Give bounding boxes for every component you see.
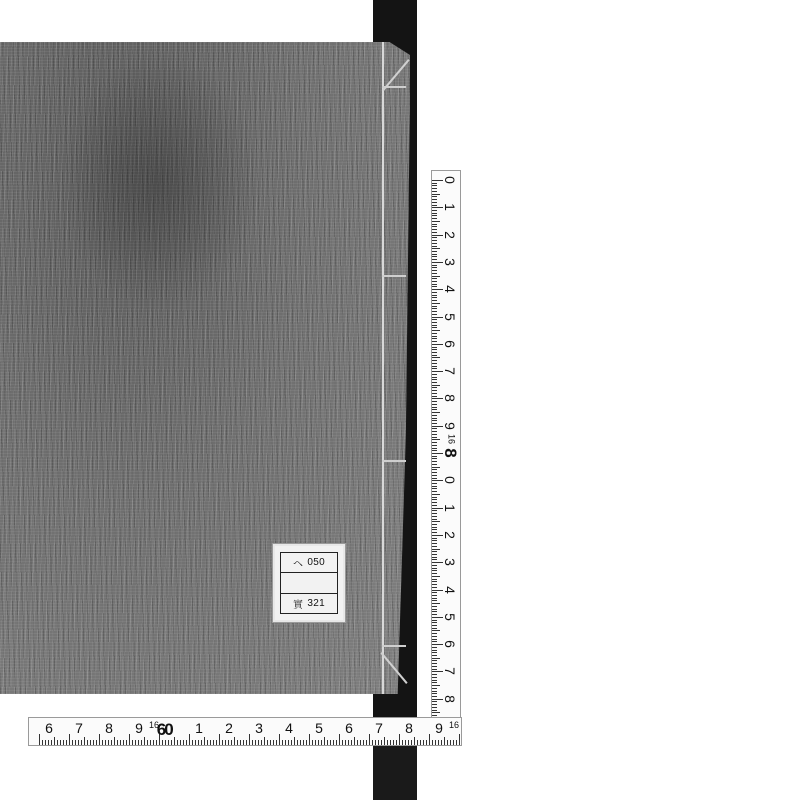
ruler-tick <box>252 740 253 745</box>
ruler-tick <box>432 540 437 541</box>
ruler-tick <box>105 740 106 745</box>
ruler-tick <box>177 740 178 745</box>
ruler-tick <box>234 737 235 745</box>
ruler-tick <box>432 188 437 189</box>
ruler-tick <box>114 737 115 745</box>
ruler-tick <box>432 232 437 233</box>
ruler-tick <box>183 740 184 745</box>
ruler-label: 3 <box>255 721 263 735</box>
ruler-label: 3 <box>443 558 457 566</box>
ruler-tick <box>381 740 382 745</box>
ruler-tick <box>324 737 325 745</box>
ruler-tick <box>432 284 437 285</box>
ruler-tick <box>390 740 391 745</box>
ruler-tick <box>432 532 437 533</box>
ruler-tick <box>432 281 437 282</box>
ruler-tick <box>285 740 286 745</box>
ruler-tick <box>303 740 304 745</box>
ruler-tick <box>180 740 181 745</box>
ruler-tick <box>75 740 76 745</box>
ruler-tick <box>54 737 55 745</box>
label-row-accession: 實 321 <box>281 594 337 613</box>
ruler-tick <box>432 448 437 449</box>
ruler-tick <box>432 633 437 634</box>
ruler-tick <box>432 674 437 675</box>
ruler-tick <box>315 740 316 745</box>
ruler-tick <box>432 221 440 222</box>
ruler-tick <box>261 740 262 745</box>
binding-stitch <box>382 460 406 462</box>
ruler-tick <box>99 734 100 745</box>
ruler-tick <box>432 469 437 470</box>
ruler-tick <box>150 740 151 745</box>
ruler-tick <box>432 467 440 468</box>
ruler-label: 7 <box>443 367 457 375</box>
ruler-tick <box>432 325 437 326</box>
ruler-tick <box>282 740 283 745</box>
ruler-tick <box>432 568 437 569</box>
ruler-tick <box>222 740 223 745</box>
ruler-tick <box>306 740 307 745</box>
ruler-tick <box>330 740 331 745</box>
ruler-tick <box>432 660 437 661</box>
ruler-tick <box>93 740 94 745</box>
ruler-tick <box>273 740 274 745</box>
ruler-tick <box>432 322 437 323</box>
ruler-tick <box>432 620 437 621</box>
ruler-tick <box>432 519 437 520</box>
ruler-tick <box>432 595 437 596</box>
ruler-tick <box>174 737 175 745</box>
ruler-tick <box>60 740 61 745</box>
ruler-tick <box>333 740 334 745</box>
ruler-tick <box>300 740 301 745</box>
ruler-tick <box>120 740 121 745</box>
ruler-tick <box>432 516 437 517</box>
ruler-tick <box>69 734 70 745</box>
ruler-tick <box>138 740 139 745</box>
ruler-tick <box>378 740 379 745</box>
ruler-tick <box>240 740 241 745</box>
ruler-tick <box>411 740 412 745</box>
ruler-tick <box>432 538 437 539</box>
ruler-tick <box>432 630 440 631</box>
ruler-tick <box>387 740 388 745</box>
ruler-tick <box>432 636 437 637</box>
ruler-tick <box>432 682 437 683</box>
ruler-tick <box>345 740 346 745</box>
ruler-tick <box>153 740 154 745</box>
ruler-tick <box>432 486 437 487</box>
ruler-tick <box>186 740 187 745</box>
ruler-tick <box>432 240 437 241</box>
ruler-tick <box>432 202 437 203</box>
ruler-tick <box>132 740 133 745</box>
ruler-tick <box>432 415 437 416</box>
ruler-label: 7 <box>443 667 457 675</box>
ruler-tick <box>216 740 217 745</box>
ruler-tick <box>432 677 437 678</box>
ruler-tick <box>363 740 364 745</box>
binding-stitch <box>382 275 406 277</box>
ruler-tick <box>438 740 439 745</box>
ruler-tick <box>48 740 49 745</box>
ruler-label: 3 <box>443 258 457 266</box>
ruler-tick <box>51 740 52 745</box>
ruler-tick <box>189 734 190 745</box>
ruler-tick <box>432 213 437 214</box>
ruler-tick <box>90 740 91 745</box>
ruler-tick <box>432 366 437 367</box>
ruler-tick <box>396 740 397 745</box>
ruler-tick <box>225 740 226 745</box>
ruler-tick <box>432 418 437 419</box>
ruler-tick <box>111 740 112 745</box>
ruler-tick <box>432 246 437 247</box>
ruler-label: 8 <box>105 721 113 735</box>
ruler-tick <box>42 740 43 745</box>
ruler-label: 16 <box>449 721 459 730</box>
ruler-tick <box>432 584 437 585</box>
ruler-tick <box>432 420 437 421</box>
ruler-tick <box>369 734 370 745</box>
ruler-tick <box>432 360 437 361</box>
ruler-tick <box>432 712 440 713</box>
ruler-tick <box>405 740 406 745</box>
ruler-tick <box>45 740 46 745</box>
ruler-tick <box>432 600 437 601</box>
ruler-tick <box>123 740 124 745</box>
horizontal-measuring-ruler: 67891660123456789167 <box>28 717 462 746</box>
ruler-tick <box>432 254 437 255</box>
ruler-tick <box>204 737 205 745</box>
ruler-label: 1 <box>443 504 457 512</box>
ruler-tick <box>447 740 448 745</box>
ruler-tick <box>399 734 400 745</box>
ruler-tick <box>168 740 169 745</box>
ruler-tick <box>264 737 265 745</box>
ruler-tick <box>129 734 130 745</box>
binding-stitch <box>382 645 406 647</box>
ruler-tick <box>432 226 437 227</box>
binding-line <box>382 42 384 694</box>
ruler-tick <box>351 740 352 745</box>
ruler-label: 1 <box>195 721 203 735</box>
ruler-tick <box>432 650 437 651</box>
ruler-tick <box>231 740 232 745</box>
ruler-tick <box>201 740 202 745</box>
ruler-tick <box>432 303 440 304</box>
ruler-tick <box>432 570 437 571</box>
ruler-label: 8 <box>442 448 459 457</box>
ruler-tick <box>72 740 73 745</box>
ruler-label: 1 <box>443 203 457 211</box>
ruler-tick <box>432 639 437 640</box>
black-backing-strip-lower <box>373 745 417 800</box>
ruler-tick <box>432 199 437 200</box>
ruler-tick <box>432 267 437 268</box>
ruler-tick <box>432 355 437 356</box>
ruler-tick <box>432 297 437 298</box>
ruler-tick <box>432 243 437 244</box>
ruler-label: 2 <box>225 721 233 735</box>
ruler-tick <box>108 740 109 745</box>
ruler-tick <box>453 740 454 745</box>
ruler-tick <box>432 401 437 402</box>
ruler-tick <box>126 740 127 745</box>
ruler-tick <box>432 527 437 528</box>
ruler-tick <box>432 663 437 664</box>
ruler-tick <box>432 194 440 195</box>
ruler-tick <box>81 740 82 745</box>
ruler-label: 6 <box>345 721 353 735</box>
ruler-tick <box>432 368 437 369</box>
ruler-tick <box>432 442 437 443</box>
ruler-tick <box>432 251 437 252</box>
ruler-tick <box>414 737 415 745</box>
ruler-label: 2 <box>443 531 457 539</box>
ruler-tick <box>432 483 437 484</box>
ruler-tick <box>432 407 437 408</box>
ruler-tick <box>432 183 437 184</box>
ruler-tick <box>342 740 343 745</box>
ruler-tick <box>87 740 88 745</box>
ruler-tick <box>288 740 289 745</box>
ruler-tick <box>432 270 437 271</box>
ruler-tick <box>384 737 385 745</box>
ruler-tick <box>237 740 238 745</box>
ruler-tick <box>432 210 437 211</box>
ruler-tick <box>435 740 436 745</box>
ruler-tick <box>258 740 259 745</box>
ruler-tick <box>141 740 142 745</box>
ruler-tick <box>432 581 437 582</box>
ruler-tick <box>354 737 355 745</box>
ruler-tick <box>432 565 437 566</box>
ruler-tick <box>432 276 440 277</box>
ruler-tick <box>432 191 437 192</box>
ruler-tick <box>432 259 437 260</box>
ruler-tick <box>432 606 437 607</box>
ruler-tick <box>432 494 440 495</box>
ruler-label: 9 <box>443 422 457 430</box>
ruler-tick <box>432 740 433 745</box>
ruler-tick <box>432 710 437 711</box>
ruler-tick <box>78 740 79 745</box>
ruler-tick <box>456 740 457 745</box>
ruler-tick <box>432 693 437 694</box>
label-class-number: 050 <box>307 557 325 568</box>
ruler-tick <box>432 218 437 219</box>
ruler-tick <box>432 701 437 702</box>
ruler-tick <box>432 390 437 391</box>
ruler-tick <box>96 740 97 745</box>
ruler-tick <box>432 696 437 697</box>
ruler-label: 0 <box>443 176 457 184</box>
ruler-tick <box>432 554 437 555</box>
ruler-tick <box>432 439 440 440</box>
ruler-label: 5 <box>315 721 323 735</box>
ruler-tick <box>432 409 437 410</box>
ruler-tick <box>432 229 437 230</box>
ruler-label: 7 <box>375 721 383 735</box>
ruler-tick <box>432 715 437 716</box>
ruler-tick <box>357 740 358 745</box>
ruler-tick <box>432 497 437 498</box>
ruler-tick <box>432 652 437 653</box>
ruler-tick <box>432 445 437 446</box>
ruler-tick <box>297 740 298 745</box>
ruler-tick <box>312 740 313 745</box>
ruler-tick <box>432 691 437 692</box>
ruler-tick <box>246 740 247 745</box>
label-frame: ヘ 050 實 321 <box>280 552 338 614</box>
ruler-tick <box>243 740 244 745</box>
ruler-tick <box>426 740 427 745</box>
ruler-tick <box>432 551 437 552</box>
ruler-tick <box>228 740 229 745</box>
ruler-tick <box>156 740 157 745</box>
ruler-tick <box>360 740 361 745</box>
ruler-tick <box>432 491 437 492</box>
ruler-tick <box>432 431 437 432</box>
ruler-tick <box>432 265 437 266</box>
ruler-label: 4 <box>285 721 293 735</box>
ruler-tick <box>432 357 440 358</box>
ruler-tick <box>408 740 409 745</box>
ruler-tick <box>432 546 437 547</box>
ruler-tick <box>318 740 319 745</box>
ruler-tick <box>432 499 437 500</box>
ruler-tick <box>432 655 437 656</box>
ruler-tick <box>432 237 437 238</box>
ruler-tick <box>429 734 430 745</box>
ruler-tick <box>441 740 442 745</box>
ruler-tick <box>432 464 437 465</box>
ruler-label: 8 <box>443 695 457 703</box>
ruler-tick <box>432 319 437 320</box>
ruler-label: 9 <box>135 721 143 735</box>
ruler-tick <box>348 740 349 745</box>
ruler-tick <box>432 707 437 708</box>
ruler-tick <box>432 510 437 511</box>
ruler-tick <box>432 576 440 577</box>
ruler-tick <box>276 740 277 745</box>
ruler-tick <box>432 458 437 459</box>
ruler-tick <box>432 557 437 558</box>
ruler-tick <box>366 740 367 745</box>
ruler-tick <box>219 734 220 745</box>
ruler-tick <box>432 292 437 293</box>
ruler-tick <box>432 647 437 648</box>
ruler-tick <box>432 472 437 473</box>
ruler-tick <box>432 286 437 287</box>
ruler-label: 4 <box>443 285 457 293</box>
ruler-tick <box>432 336 437 337</box>
ruler-tick <box>321 740 322 745</box>
ruler-tick <box>432 622 437 623</box>
ruler-tick <box>57 740 58 745</box>
ruler-tick <box>291 740 292 745</box>
ruler-tick <box>147 740 148 745</box>
ruler-tick <box>432 688 437 689</box>
ruler-tick <box>210 740 211 745</box>
ruler-label: 0 <box>164 721 173 738</box>
ruler-tick <box>213 740 214 745</box>
ruler-tick <box>432 377 437 378</box>
ruler-tick <box>66 740 67 745</box>
ruler-tick <box>198 740 199 745</box>
ruler-tick <box>432 614 437 615</box>
ruler-tick <box>420 740 421 745</box>
ruler-tick <box>432 434 437 435</box>
ruler-tick <box>417 740 418 745</box>
ruler-tick <box>336 740 337 745</box>
ruler-tick <box>432 549 440 550</box>
ruler-tick <box>432 603 440 604</box>
ruler-tick <box>432 185 437 186</box>
ruler-tick <box>423 740 424 745</box>
ruler-tick <box>294 737 295 745</box>
ruler-tick <box>432 308 437 309</box>
ruler-tick <box>249 734 250 745</box>
ruler-tick <box>255 740 256 745</box>
ruler-tick <box>192 740 193 745</box>
ruler-tick <box>432 628 437 629</box>
ruler-tick <box>432 382 437 383</box>
ruler-label: 6 <box>45 721 53 735</box>
ruler-tick <box>372 740 373 745</box>
ruler-tick <box>432 478 437 479</box>
ruler-tick <box>432 385 440 386</box>
ruler-tick <box>432 488 437 489</box>
ruler-tick <box>279 734 280 745</box>
ruler-tick <box>432 450 437 451</box>
ruler-tick <box>432 475 437 476</box>
scanned-page: ヘ 050 實 321 01234567891680123456789 6789… <box>0 0 800 800</box>
ruler-tick <box>432 314 437 315</box>
ruler-tick <box>432 295 437 296</box>
label-row-classification: ヘ 050 <box>281 553 337 573</box>
ruler-tick <box>393 740 394 745</box>
ruler-tick <box>432 333 437 334</box>
ruler-tick <box>339 734 340 745</box>
ruler-tick <box>459 734 460 745</box>
ruler-label: 2 <box>443 231 457 239</box>
ruler-tick <box>432 215 437 216</box>
ruler-tick <box>432 306 437 307</box>
ruler-tick <box>432 412 440 413</box>
library-call-number-label: ヘ 050 實 321 <box>273 544 345 622</box>
ruler-tick <box>432 205 437 206</box>
ruler-tick <box>432 704 437 705</box>
ruler-tick <box>450 740 451 745</box>
ruler-label: 5 <box>443 613 457 621</box>
ruler-tick <box>432 248 440 249</box>
ruler-tick <box>432 379 437 380</box>
ruler-tick <box>171 740 172 745</box>
ruler-tick <box>432 685 440 686</box>
ruler-tick <box>432 461 437 462</box>
ruler-tick <box>432 502 437 503</box>
ruler-tick <box>102 740 103 745</box>
ruler-tick <box>432 327 437 328</box>
label-accession-number: 321 <box>307 598 325 609</box>
ruler-tick <box>432 543 437 544</box>
ruler-tick <box>432 278 437 279</box>
ruler-tick <box>39 734 40 745</box>
ruler-tick <box>444 737 445 745</box>
